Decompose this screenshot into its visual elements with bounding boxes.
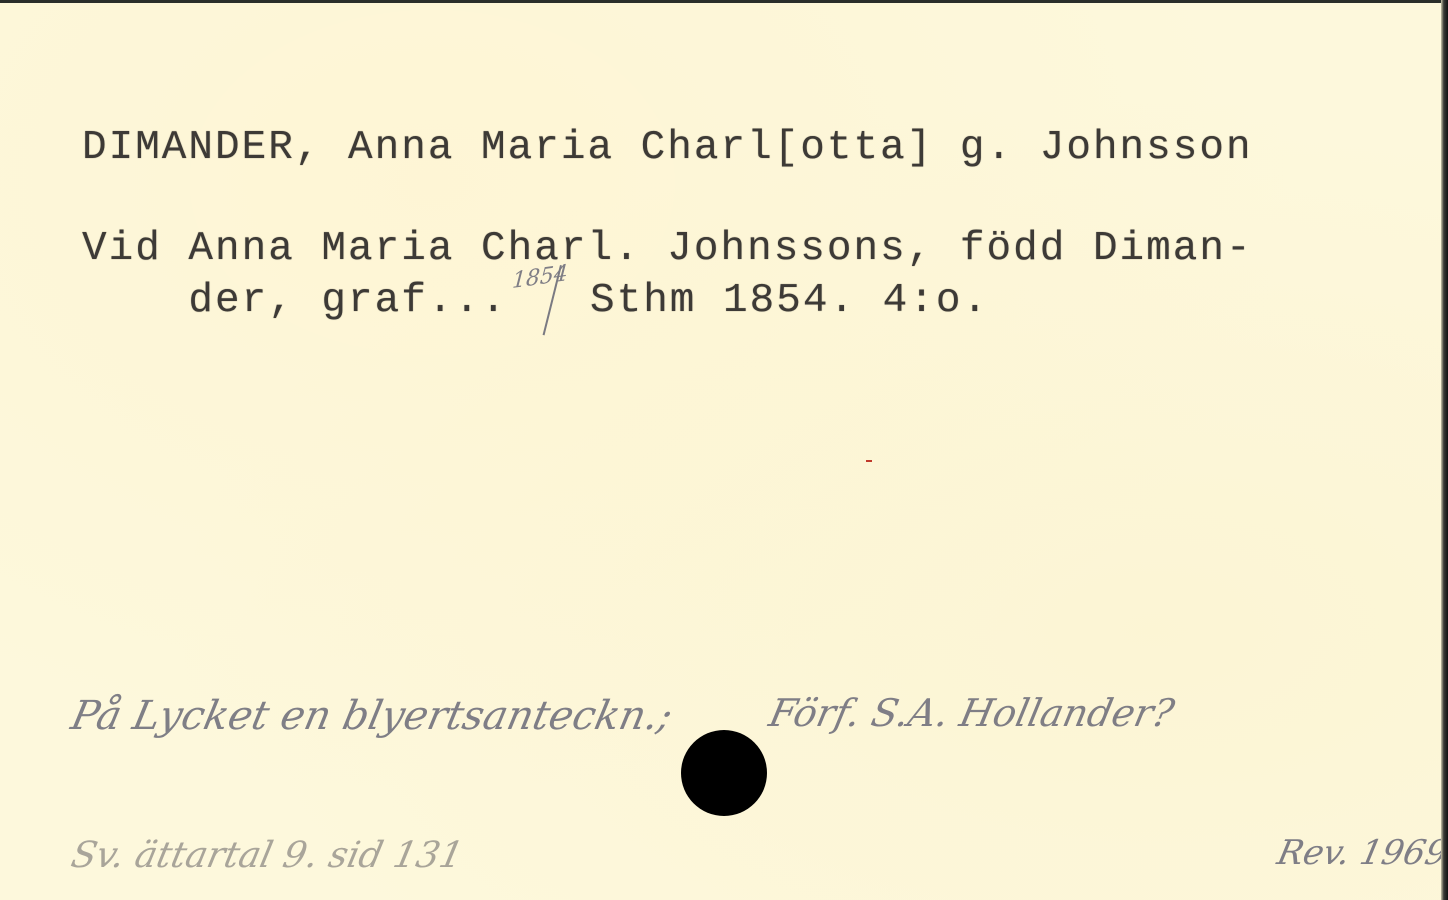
card-heading: DIMANDER, Anna Maria Charl[otta] g. John…	[82, 125, 1253, 171]
revision-note: Rev. 1969	[1274, 833, 1448, 873]
entry-line-1: Vid Anna Maria Charl. Johnssons, född Di…	[82, 226, 1253, 272]
pencil-reference: Sv. ättartal 9. sid 131	[68, 835, 467, 876]
pencil-note-part-2: Förf. S.A. Hollander?	[765, 691, 1178, 735]
entry-line-2b: Sthm 1854. 4:o.	[590, 278, 989, 324]
pencil-note-part-1: På Lycket en blyertsanteckn.;	[67, 693, 677, 739]
card-punch-hole	[681, 730, 767, 816]
red-ink-speck	[866, 460, 872, 462]
entry-line-2a: der, graf...	[82, 278, 508, 324]
card-right-edge	[1441, 0, 1448, 900]
